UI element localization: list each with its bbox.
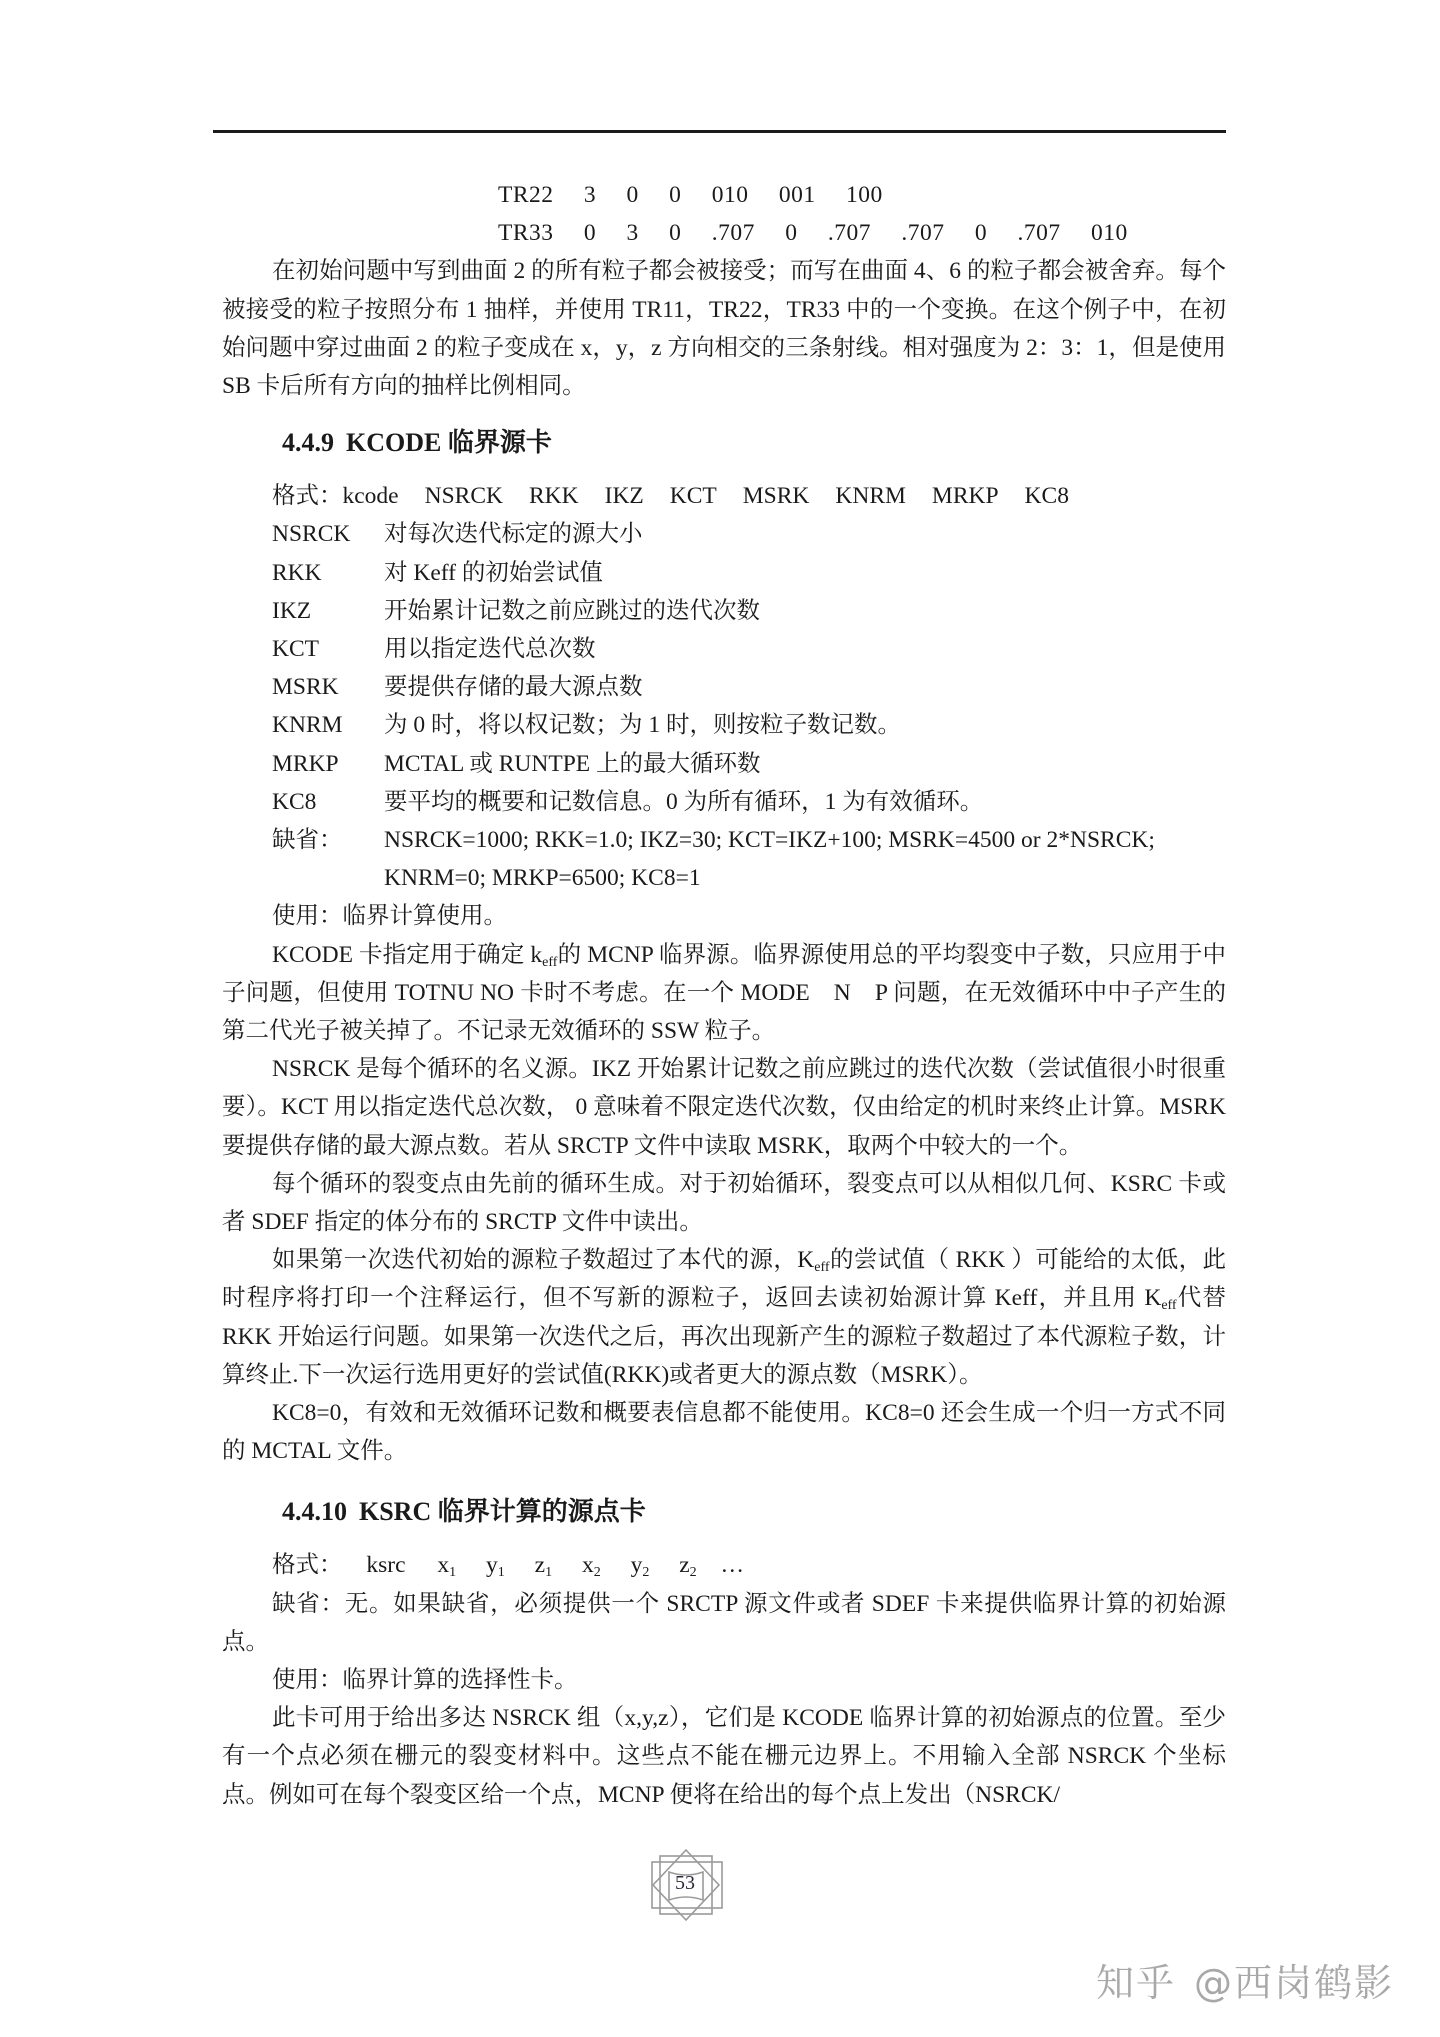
transform-name: TR33: [498, 220, 554, 246]
subscript: eff: [542, 955, 557, 970]
format-token: IKZ: [605, 483, 644, 509]
kcode-paragraph-1: KCODE 卡指定用于确定 keff的 MCNP 临界源。临界源使用总的平均裂变…: [222, 936, 1226, 1051]
transform-line-tr33: TR33 0 3 0 .707 0 .707 .707 0 .707 010: [222, 214, 1226, 252]
transform-value: .707: [1018, 220, 1061, 246]
definition-key: MRKP: [272, 745, 384, 783]
page-number: 53: [645, 1872, 725, 1895]
definition-row: MSRK要提供存储的最大源点数: [272, 668, 1226, 706]
section-heading-kcode: 4.4.9KCODE 临界源卡: [282, 423, 1226, 463]
definition-value: 开始累计记数之前应跳过的迭代次数: [384, 592, 1226, 630]
definition-row: KNRM为 0 时，将以权记数；为 1 时，则按粒子数记数。: [272, 706, 1226, 744]
transform-value: 3: [627, 220, 639, 246]
format-token: NSRCK: [425, 483, 503, 509]
transform-value: 0: [627, 182, 639, 208]
format-token: MSRK: [743, 483, 810, 509]
page-content: TR22 3 0 0 010 001 100 TR33 0 3 0 .707 0…: [222, 176, 1226, 1814]
format-token: KC8: [1025, 483, 1069, 509]
definition-value: 为 0 时，将以权记数；为 1 时，则按粒子数记数。: [384, 706, 1226, 744]
coord: x1: [437, 1552, 456, 1578]
subscript: 1: [449, 1565, 456, 1580]
definition-key: IKZ: [272, 592, 384, 630]
coord-base: z: [679, 1552, 689, 1578]
definition-row: KC8要平均的概要和记数信息。0 为所有循环，1 为有效循环。: [272, 783, 1226, 821]
kcode-paragraph-2: NSRCK 是每个循环的名义源。IKZ 开始累计记数之前应跳过的迭代次数（尝试值…: [222, 1050, 1226, 1165]
coord: z1: [535, 1552, 552, 1578]
transform-value: 0: [975, 220, 987, 246]
definition-row: NSRCK对每次迭代标定的源大小: [272, 515, 1226, 553]
transform-value: 001: [779, 182, 816, 208]
subscript: 1: [498, 1565, 505, 1580]
coord-base: x: [437, 1552, 449, 1578]
definition-value: 要平均的概要和记数信息。0 为所有循环，1 为有效循环。: [384, 783, 1226, 821]
definition-key: KNRM: [272, 706, 384, 744]
text-run: KCODE 卡指定用于确定 k: [272, 942, 542, 968]
coord: y2: [631, 1552, 650, 1578]
definition-value: MCTAL 或 RUNTPE 上的最大循环数: [384, 745, 1226, 783]
transform-value: .707: [901, 220, 944, 246]
coord: x2: [582, 1552, 601, 1578]
coord-base: z: [535, 1552, 545, 1578]
header-rule: [213, 130, 1226, 133]
transform-value: 010: [712, 182, 749, 208]
keff-paragraph: 如果第一次迭代初始的源粒子数超过了本代的源，Keff的尝试值（ RKK ）可能给…: [222, 1241, 1226, 1394]
definition-row: MRKPMCTAL 或 RUNTPE 上的最大循环数: [272, 745, 1226, 783]
section-number: 4.4.9: [282, 428, 334, 457]
coord-base: y: [631, 1552, 643, 1578]
intro-paragraph: 在初始问题中写到曲面 2 的所有粒子都会被接受；而写在曲面 4、6 的粒子都会被…: [222, 252, 1226, 405]
ksrc-defaults: 缺省：无。如果缺省，必须提供一个 SRCTP 源文件或者 SDEF 卡来提供临界…: [222, 1585, 1226, 1661]
format-token: kcode: [343, 483, 399, 509]
format-label: 格式：: [272, 483, 343, 509]
watermark: 知乎@西岗鹤影: [1096, 1952, 1394, 2007]
subscript: 2: [690, 1565, 697, 1580]
transform-value: 3: [584, 182, 596, 208]
format-command: ksrc: [366, 1552, 405, 1578]
definition-value: 要提供存储的最大源点数: [384, 668, 1226, 706]
coord: y1: [486, 1552, 505, 1578]
transform-name: TR22: [498, 182, 554, 208]
transform-line-tr22: TR22 3 0 0 010 001 100: [222, 176, 1226, 214]
coord-base: y: [486, 1552, 498, 1578]
kcode-format-line: 格式：kcodeNSRCKRKKIKZKCTMSRKKNRMMRKPKC8: [222, 477, 1226, 515]
definition-row: RKK对 Keff 的初始尝试值: [272, 554, 1226, 592]
definition-value: 对 Keff 的初始尝试值: [384, 554, 1226, 592]
format-token: KCT: [670, 483, 717, 509]
format-token: RKK: [529, 483, 579, 509]
transform-value: 0: [669, 220, 681, 246]
definition-key: MSRK: [272, 668, 384, 706]
defaults-row: 缺省： NSRCK=1000; RKK=1.0; IKZ=30; KCT=IKZ…: [272, 821, 1226, 897]
definition-key: KCT: [272, 630, 384, 668]
section-title: KSRC 临界计算的源点卡: [359, 1497, 646, 1526]
subscript: 2: [642, 1565, 649, 1580]
section-heading-ksrc: 4.4.10KSRC 临界计算的源点卡: [282, 1492, 1226, 1532]
watermark-site: 知乎: [1096, 1961, 1176, 2005]
coord: z2: [679, 1552, 696, 1578]
coord-base: x: [582, 1552, 594, 1578]
defaults-line: KNRM=0; MRKP=6500; KC8=1: [384, 859, 1155, 897]
watermark-author: @西岗鹤影: [1194, 1961, 1394, 2005]
transform-value: 100: [846, 182, 883, 208]
format-token: KNRM: [835, 483, 906, 509]
defaults-line: NSRCK=1000; RKK=1.0; IKZ=30; KCT=IKZ+100…: [384, 821, 1155, 859]
usage-line: 使用：临界计算使用。: [272, 897, 1226, 935]
definition-key: NSRCK: [272, 515, 384, 553]
format-token: MRKP: [932, 483, 999, 509]
transform-value: 0: [584, 220, 596, 246]
transform-value: 0: [669, 182, 681, 208]
ksrc-format-line: 格式： ksrc x1 y1 z1 x2 y2 z2 …: [222, 1546, 1226, 1584]
section-number: 4.4.10: [282, 1497, 347, 1526]
definition-value: 用以指定迭代总次数: [384, 630, 1226, 668]
subscript: eff: [1161, 1298, 1176, 1313]
kc8-paragraph: KC8=0，有效和无效循环记数和概要表信息都不能使用。KC8=0 还会生成一个归…: [222, 1394, 1226, 1470]
definition-key: KC8: [272, 783, 384, 821]
transform-value: .707: [712, 220, 755, 246]
format-label: 格式：: [272, 1552, 343, 1578]
ellipsis: …: [721, 1552, 745, 1578]
section-title: KCODE 临界源卡: [346, 428, 552, 457]
definition-row: KCT用以指定迭代总次数: [272, 630, 1226, 668]
ksrc-paragraph: 此卡可用于给出多达 NSRCK 组（x,y,z），它们是 KCODE 临界计算的…: [222, 1699, 1226, 1814]
text-run: 如果第一次迭代初始的源粒子数超过了本代的源，K: [272, 1247, 814, 1273]
page-number-badge: 53: [645, 1848, 725, 1928]
kcode-definitions: NSRCK对每次迭代标定的源大小 RKK对 Keff 的初始尝试值 IKZ开始累…: [222, 515, 1226, 935]
definition-value: 对每次迭代标定的源大小: [384, 515, 1226, 553]
subscript: 2: [594, 1565, 601, 1580]
definition-row: IKZ开始累计记数之前应跳过的迭代次数: [272, 592, 1226, 630]
ksrc-usage: 使用：临界计算的选择性卡。: [222, 1661, 1226, 1699]
transform-value: 0: [785, 220, 797, 246]
transform-value: 010: [1091, 220, 1128, 246]
transform-value: .707: [828, 220, 871, 246]
subscript: eff: [814, 1260, 829, 1275]
subscript: 1: [545, 1565, 552, 1580]
kcode-paragraph-3: 每个循环的裂变点由先前的循环生成。对于初始循环，裂变点可以从相似几何、KSRC …: [222, 1165, 1226, 1241]
defaults-label: 缺省：: [272, 821, 384, 897]
definition-key: RKK: [272, 554, 384, 592]
